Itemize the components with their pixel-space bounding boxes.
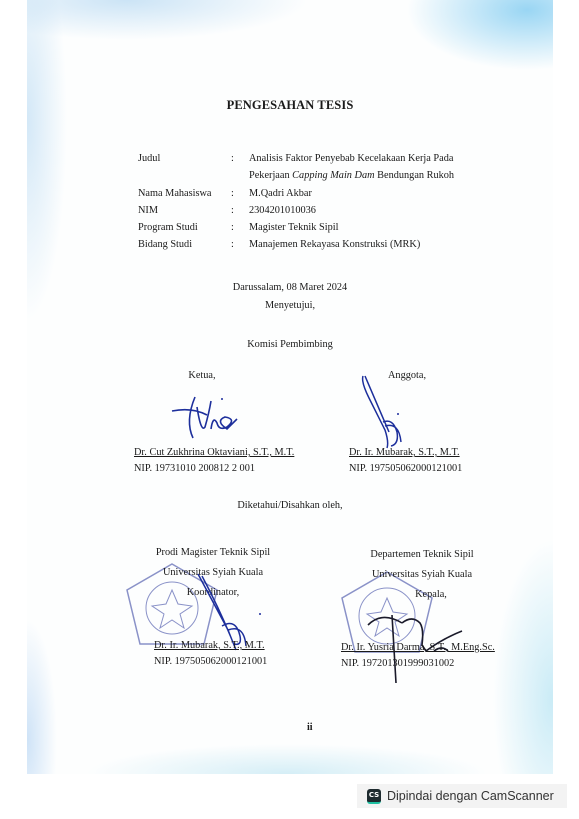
info-row-nama: Nama Mahasiswa : M.Qadri Akbar bbox=[138, 185, 509, 202]
scanned-page: PENGESAHAN TESIS Judul : Analisis Faktor… bbox=[27, 0, 553, 774]
camscanner-watermark: CS Dipindai dengan CamScanner bbox=[357, 784, 567, 808]
page-number: ii bbox=[307, 722, 313, 733]
committee-label: Komisi Pembimbing bbox=[27, 339, 553, 350]
info-label: Bidang Studi bbox=[138, 236, 231, 253]
signature-anggota bbox=[355, 372, 425, 452]
authority-role: Koordinator, bbox=[123, 583, 303, 603]
title-prefix: Pekerjaan bbox=[249, 170, 292, 181]
acknowledged-label: Diketahui/Disahkan oleh, bbox=[27, 500, 553, 511]
info-label: NIM bbox=[138, 202, 231, 219]
supervisor-anggota: Anggota, bbox=[388, 370, 426, 381]
title-italic: Capping Main Dam bbox=[292, 170, 374, 181]
camscanner-icon: CS bbox=[367, 789, 381, 804]
thesis-info: Judul : Analisis Faktor Penyebab Kecelak… bbox=[138, 150, 509, 254]
signer-name: Dr. Ir. Mubarak, S.T., M.T. bbox=[349, 447, 462, 458]
title-suffix: Bendungan Rukoh bbox=[375, 170, 455, 181]
watermark-label: Dipindai dengan CamScanner bbox=[387, 789, 554, 803]
signer-role: Ketua, bbox=[27, 370, 367, 381]
info-value: Manajemen Rekayasa Konstruksi (MRK) bbox=[249, 236, 509, 253]
approved-label: Menyetujui, bbox=[27, 300, 553, 311]
authority-unit: Departemen Teknik Sipil bbox=[347, 545, 497, 565]
info-value: Analisis Faktor Penyebab Kecelakaan Kerj… bbox=[249, 150, 509, 185]
authority-prodi-id: Dr. Ir. Mubarak, S.T., M.T. NIP. 1975050… bbox=[154, 640, 267, 667]
info-colon: : bbox=[231, 219, 249, 236]
place-date: Darussalam, 08 Maret 2024 bbox=[27, 282, 553, 293]
info-label: Judul bbox=[138, 150, 231, 185]
title-line-2: Pekerjaan Capping Main Dam Bendungan Ruk… bbox=[249, 167, 509, 184]
title-line-1: Analisis Faktor Penyebab Kecelakaan Kerj… bbox=[249, 150, 509, 167]
info-colon: : bbox=[231, 236, 249, 253]
authority-role: Kepala, bbox=[347, 585, 497, 605]
info-label: Nama Mahasiswa bbox=[138, 185, 231, 202]
signer-name: Dr. Ir. Mubarak, S.T., M.T. bbox=[154, 640, 267, 651]
supervisor-ketua-id: Dr. Cut Zukhrina Oktaviani, S.T., M.T. N… bbox=[134, 447, 294, 474]
info-value: 2304201010036 bbox=[249, 202, 509, 219]
authority-prodi: Prodi Magister Teknik Sipil Universitas … bbox=[123, 543, 303, 603]
authority-unit: Prodi Magister Teknik Sipil bbox=[123, 543, 303, 563]
authority-departemen: Departemen Teknik Sipil Universitas Syia… bbox=[347, 545, 497, 605]
page-title: PENGESAHAN TESIS bbox=[27, 98, 553, 113]
supervisor-ketua: Ketua, bbox=[27, 370, 367, 381]
info-row-program: Program Studi : Magister Teknik Sipil bbox=[138, 219, 509, 236]
signer-nip: NIP. 19731010 200812 2 001 bbox=[134, 463, 294, 474]
signer-nip: NIP. 197505062000121001 bbox=[349, 463, 462, 474]
signature-ketua bbox=[167, 393, 247, 443]
signer-name: Dr. Ir. Yusria Darma, S.T., M.Eng.Sc. bbox=[341, 642, 495, 653]
authority-university: Universitas Syiah Kuala bbox=[347, 565, 497, 585]
info-colon: : bbox=[231, 185, 249, 202]
info-colon: : bbox=[231, 202, 249, 219]
info-value: Magister Teknik Sipil bbox=[249, 219, 509, 236]
signer-name: Dr. Cut Zukhrina Oktaviani, S.T., M.T. bbox=[134, 447, 294, 458]
authority-departemen-id: Dr. Ir. Yusria Darma, S.T., M.Eng.Sc. NI… bbox=[341, 642, 495, 669]
info-label: Program Studi bbox=[138, 219, 231, 236]
supervisor-anggota-id: Dr. Ir. Mubarak, S.T., M.T. NIP. 1975050… bbox=[349, 447, 462, 474]
info-row-nim: NIM : 2304201010036 bbox=[138, 202, 509, 219]
signer-nip: NIP. 197201301999031002 bbox=[341, 658, 495, 669]
info-row-bidang: Bidang Studi : Manajemen Rekayasa Konstr… bbox=[138, 236, 509, 253]
info-row-judul: Judul : Analisis Faktor Penyebab Kecelak… bbox=[138, 150, 509, 185]
info-colon: : bbox=[231, 150, 249, 185]
signer-role: Anggota, bbox=[388, 370, 426, 381]
info-value: M.Qadri Akbar bbox=[249, 185, 509, 202]
authority-university: Universitas Syiah Kuala bbox=[123, 563, 303, 583]
signer-nip: NIP. 197505062000121001 bbox=[154, 656, 267, 667]
